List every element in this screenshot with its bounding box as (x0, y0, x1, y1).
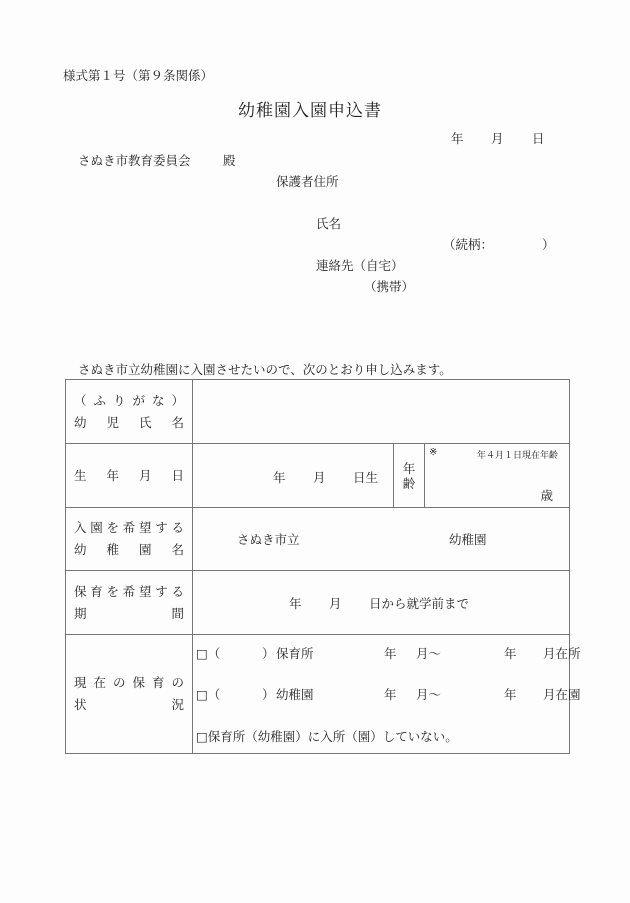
child-name-field[interactable] (193, 380, 570, 444)
row-current-care: 現在の保育の 状況 □（ ） 保育所 年 月～ 年 月在所 □（ ） 幼稚園 年… (66, 635, 570, 754)
child-name-label: （ふりがな） 幼児氏名 (66, 380, 193, 444)
option-none[interactable]: □保育所（幼稚園）に入所（園）していない。 (196, 727, 458, 745)
age-field[interactable]: ※ 年４月１日現在年齢 歳 (425, 444, 570, 508)
option-nursery[interactable]: □（ ） 保育所 年 月～ 年 月在所 (196, 644, 588, 662)
relation-close: ） (542, 235, 555, 253)
kindergarten-field[interactable]: さぬき市立 幼稚園 (193, 508, 570, 571)
intro-text: さぬき市立幼稚園に入園させたいので、次のとおり申し込みます。 (78, 360, 452, 378)
date-day: 日 (532, 129, 545, 147)
period-field[interactable]: 年 月 日から就学前まで (193, 571, 570, 635)
current-care-label: 現在の保育の 状況 (66, 635, 193, 754)
age-label: 年齢 (394, 444, 425, 508)
honorific: 殿 (223, 151, 236, 169)
current-care-field: □（ ） 保育所 年 月～ 年 月在所 □（ ） 幼稚園 年 月～ 年 月在園 … (193, 635, 570, 754)
name-label: 氏名 (316, 214, 341, 232)
contact-mobile-label: （携帯） (364, 277, 414, 295)
address-label: 保護者住所 (276, 172, 339, 190)
birth-date-field[interactable]: 年 月 日生 (193, 444, 394, 508)
period-label: 保育を希望する 期間 (66, 571, 193, 635)
option-kindergarten[interactable]: □（ ） 幼稚園 年 月～ 年 月在園 (196, 685, 588, 703)
row-child-name: （ふりがな） 幼児氏名 (66, 380, 570, 444)
row-kindergarten: 入園を希望する 幼稚園名 さぬき市立 幼稚園 (66, 508, 570, 571)
relation-label: （続柄： (443, 235, 493, 253)
birth-label: 生年月日 (66, 444, 193, 508)
date-month: 月 (491, 129, 504, 147)
date-year: 年 (451, 129, 464, 147)
page-title: 幼稚園入園申込書 (238, 96, 382, 121)
form-number: 様式第１号（第９条関係） (63, 66, 213, 84)
kindergarten-label: 入園を希望する 幼稚園名 (66, 508, 193, 571)
row-period: 保育を希望する 期間 年 月 日から就学前まで (66, 571, 570, 635)
addressee: さぬき市教育委員会 (78, 151, 191, 169)
application-table: （ふりがな） 幼児氏名 生年月日 年 月 日生 年齢 ※ 年４月１日現在年齢 歳… (65, 379, 570, 754)
contact-home-label: 連絡先（自宅） (316, 256, 404, 274)
row-birth: 生年月日 年 月 日生 年齢 ※ 年４月１日現在年齢 歳 (66, 444, 570, 508)
